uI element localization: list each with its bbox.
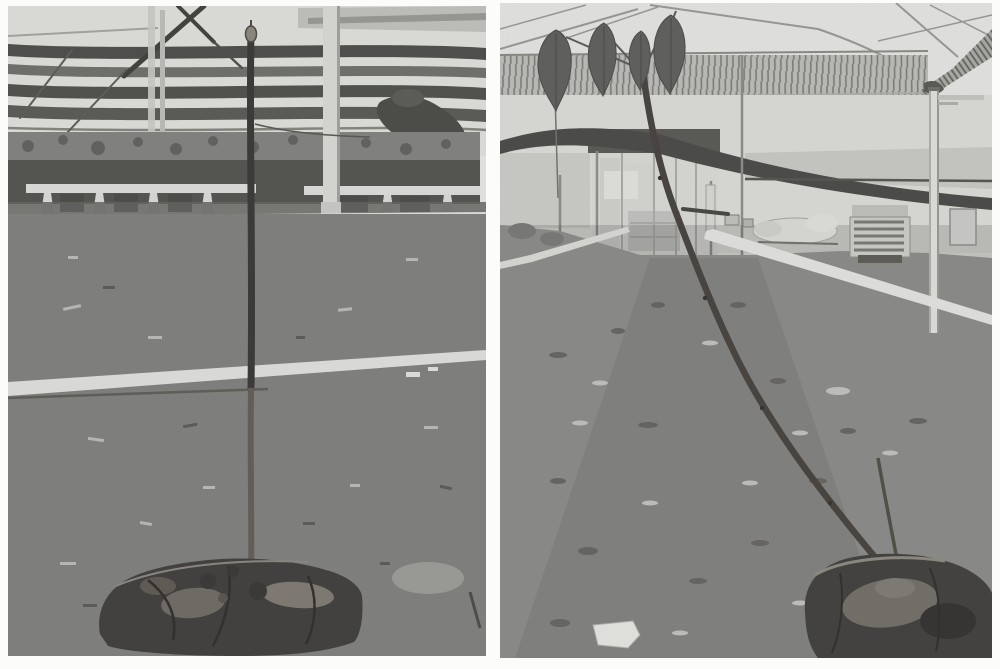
grain-light	[500, 3, 992, 658]
right-photo	[500, 3, 992, 658]
left-photo	[8, 6, 486, 656]
patent-figure	[0, 0, 1000, 669]
grain-light	[8, 6, 486, 656]
